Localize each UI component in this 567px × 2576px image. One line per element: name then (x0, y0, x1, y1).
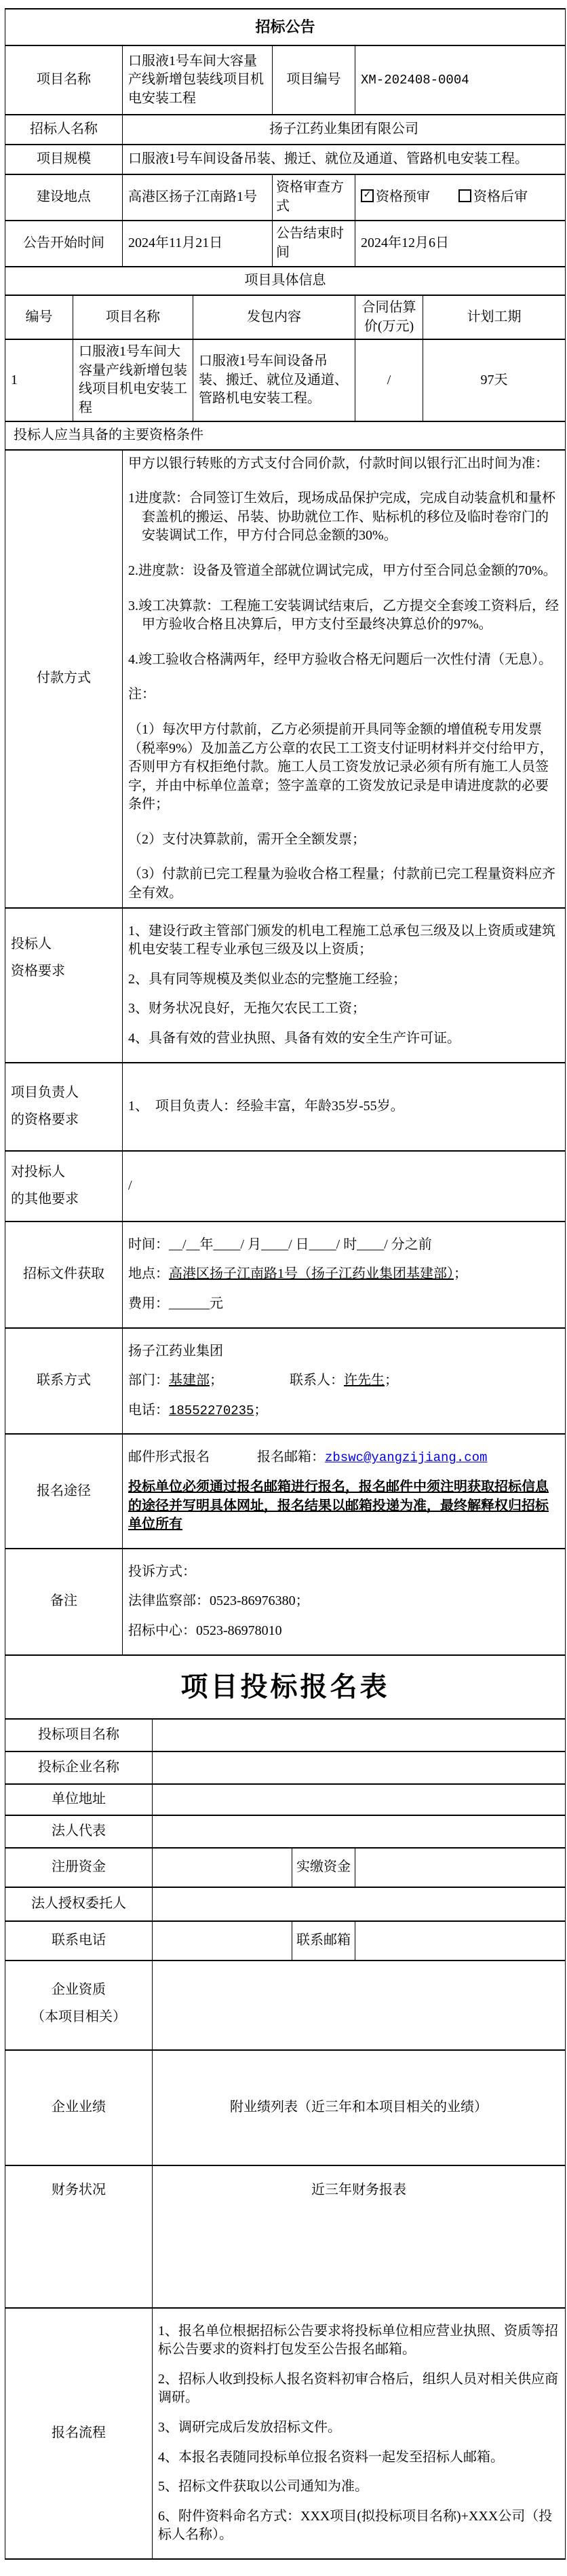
process-item: 5、招标文件获取以公司通知为准。 (158, 2478, 560, 2497)
contact-content: 扬子江药业集团 部门：基建部； 联系人：许先生； 电话：18552270235； (123, 1328, 566, 1435)
payment-paragraph: 注： (128, 685, 560, 704)
signup-content: 邮件形式报名 报名邮箱：zbswc@yangzijiang.com 投标单位必须… (123, 1434, 566, 1548)
announce-start-label: 公告开始时间 (5, 221, 123, 267)
doc-access-time-line: 时间：__/__年____/ 月____/ 日____/ 时____/ 分之前 (128, 1236, 560, 1255)
authorized-agent-label: 法人授权委托人 (5, 1887, 153, 1921)
tender-announcement-table: 招标公告 项目名称 口服液1号车间大容量产线新增包装线项目机电安装工程 项目编号… (5, 8, 566, 1656)
remark-content: 投诉方式： 法律监察部：0523-86976380； 招标中心：0523-869… (123, 1549, 566, 1655)
tender-document: 招标公告 项目名称 口服液1号车间大容量产线新增包装线项目机电安装工程 项目编号… (5, 8, 565, 2560)
contact-phone-value: 18552270235 (169, 1403, 254, 1418)
doc-access-fee-line: 费用：______元 (128, 1295, 560, 1314)
reg-capital-label: 注册资金 (5, 1848, 153, 1887)
bidder-qualification-label-line2: 资格要求 (11, 962, 117, 981)
pm-qualification-value: 1、 项目负责人：经验丰富，年龄35岁-55岁。 (123, 1063, 566, 1151)
address-value[interactable] (153, 1784, 566, 1815)
performance-row: 企业业绩 附业绩列表（近三年和本项目相关的业绩） (5, 2050, 566, 2165)
prequalification-checked-checkbox-icon[interactable]: ✓ (361, 189, 374, 202)
col-header-duration: 计划工期 (423, 295, 566, 339)
remark-line: 法律监察部：0523-86976380； (128, 1592, 560, 1611)
doc-access-row: 招标文件获取 时间：__/__年____/ 月____/ 日____/ 时___… (5, 1221, 566, 1328)
bid-registration-form-table: 项目投标报名表 投标项目名称 投标企业名称 单位地址 法人代表 注册资金 实缴资… (5, 1654, 566, 2560)
bid-company-row: 投标企业名称 (5, 1751, 566, 1784)
pm-qualification-label: 项目负责人 的资格要求 (5, 1063, 123, 1151)
project-name-label: 项目名称 (5, 45, 123, 115)
payment-paragraph: （3）付款前已完工程量为验收合格工程量；付款前已完工程量资料应齐全有效。 (128, 865, 560, 903)
bidder-note: 投标人应当具备的主要资格条件 (5, 421, 566, 450)
bid-project-value[interactable] (153, 1719, 566, 1751)
announce-start-value: 2024年11月21日 (123, 221, 273, 267)
payment-paragraph: （2）支付决算款前，需开全全额发票； (128, 831, 560, 850)
project-name-row: 项目名称 口服液1号车间大容量产线新增包装线项目机电安装工程 项目编号 XM-2… (5, 45, 566, 115)
remark-line: 投诉方式： (128, 1563, 560, 1582)
form-title: 项目投标报名表 (5, 1655, 566, 1719)
payment-paragraph: 1进度款：合同签订生效后，现场成品保护完成，完成自动装盒机和量杯套盖机的搬运、吊… (128, 489, 560, 546)
details-header-row: 项目具体信息 (5, 267, 566, 295)
contact-phone-prefix: 电话： (128, 1403, 169, 1418)
paid-capital-value[interactable] (355, 1848, 566, 1887)
payment-paragraph: （1）每次甲方付款前，乙方必须提前开具同等金额的增值税专用发票（税率9%）及加盖… (128, 721, 560, 814)
payment-row: 付款方式 甲方以银行转账的方式支付合同价款，付款时间以银行汇出时间为准： 1进度… (5, 450, 566, 908)
payment-paragraph: 4.竣工验收合格满两年，经甲方验收合格无问题后一次性付清（无息）。 (128, 651, 560, 670)
signup-email-prefix: 报名邮箱： (257, 1450, 325, 1464)
bidder-qualification-label: 投标人 资格要求 (5, 908, 123, 1063)
company-qualification-label-line1: 企业资质 (11, 1981, 146, 2000)
bid-project-label: 投标项目名称 (5, 1719, 153, 1751)
scale-row: 项目规模 口服液1号车间设备吊装、搬迁、就位及通道、管路机电安装工程。 (5, 145, 566, 174)
scale-value: 口服液1号车间设备吊装、搬迁、就位及通道、管路机电安装工程。 (123, 145, 566, 174)
payment-paragraph: 2.进度款：设备及管道全部就位调试完成，甲方付至合同总金额的70%。 (128, 562, 560, 581)
bid-company-value[interactable] (153, 1751, 566, 1784)
process-item: 1、报名单位根据招标公告要求将投标单位相应营业执照、资质等招标公告要求的资料打包… (158, 2322, 560, 2360)
payment-paragraph: 甲方以银行转账的方式支付合同价款，付款时间以银行汇出时间为准： (128, 455, 560, 474)
other-requirements-value: / (123, 1151, 566, 1221)
col-header-content: 发包内容 (193, 295, 355, 339)
doc-access-place-suffix: ； (454, 1266, 467, 1281)
row1-price: / (355, 339, 423, 421)
authorized-agent-value[interactable] (153, 1887, 566, 1921)
pm-qualification-row: 项目负责人 的资格要求 1、 项目负责人：经验丰富，年龄35岁-55岁。 (5, 1063, 566, 1151)
qualification-item: 4、具备有效的营业执照、具备有效的安全生产许可证。 (128, 1029, 560, 1048)
project-no-label: 项目编号 (273, 45, 355, 115)
signup-method: 邮件形式报名 (128, 1450, 210, 1464)
email-value[interactable] (355, 1921, 566, 1961)
signup-notice: 投标单位必须通过报名邮箱进行报名，报名邮件中须注明获取招标信息的途径并写明具体网… (128, 1478, 560, 1534)
contact-phone-suffix: ； (254, 1403, 267, 1418)
location-label: 建设地点 (5, 174, 123, 221)
signup-row: 报名途径 邮件形式报名 报名邮箱：zbswc@yangzijiang.com 投… (5, 1434, 566, 1548)
qualification-item: 1、建设行政主管部门颁发的机电工程施工总承包三级及以上资质或建筑机电安装工程专业… (128, 922, 560, 960)
scale-label: 项目规模 (5, 145, 123, 174)
contact-row: 联系方式 扬子江药业集团 部门：基建部； 联系人：许先生； 电话：1855227… (5, 1328, 566, 1435)
payment-paragraph: 3.竣工决算款：工程施工安装调试结束后，乙方提交全套竣工资料后，经甲方验收合格且… (128, 597, 560, 634)
payment-label: 付款方式 (5, 450, 123, 908)
row1-name: 口服液1号车间大容量产线新增包装线项目机电安装工程 (73, 339, 193, 421)
phone-value[interactable] (153, 1921, 292, 1961)
qualification-item: 2、具有同等规模及类似业态的完整施工经验； (128, 970, 560, 989)
paid-capital-label: 实缴资金 (292, 1848, 355, 1887)
address-row: 单位地址 (5, 1784, 566, 1815)
project-no-value: XM-202408-0004 (355, 45, 566, 115)
bid-project-row: 投标项目名称 (5, 1719, 566, 1751)
company-qualification-row: 企业资质 （本项目相关） (5, 1961, 566, 2050)
other-requirements-label: 对投标人 的其他要求 (5, 1151, 123, 1221)
form-title-row: 项目投标报名表 (5, 1655, 566, 1719)
location-row: 建设地点 高港区扬子江南路1号 资格审查方式 ✓资格预审资格后审 (5, 174, 566, 221)
other-requirements-label-line1: 对投标人 (11, 1163, 117, 1182)
pm-qualification-label-line2: 的资格要求 (11, 1111, 117, 1130)
doc-access-content: 时间：__/__年____/ 月____/ 日____/ 时____/ 分之前 … (123, 1221, 566, 1328)
reg-capital-value[interactable] (153, 1848, 292, 1887)
signup-label: 报名途径 (5, 1434, 123, 1548)
details-table-header-row: 编号 项目名称 发包内容 合同估算价(万元) 计划工期 (5, 295, 566, 339)
announce-end-label: 公告结束时间 (273, 221, 355, 267)
pm-qualification-label-line1: 项目负责人 (11, 1084, 117, 1103)
finance-value: 近三年财务报表 (153, 2165, 566, 2308)
process-content: 1、报名单位根据招标公告要求将投标单位相应营业执照、资质等招标公告要求的资料打包… (153, 2308, 566, 2559)
prequalification-label: 资格预审 (376, 189, 430, 204)
finance-row: 财务状况 近三年财务报表 (5, 2165, 566, 2308)
signup-method-line: 邮件形式报名 报名邮箱：zbswc@yangzijiang.com (128, 1448, 560, 1467)
qualification-method-label: 资格审查方式 (273, 174, 355, 221)
process-item: 6、附件资料命名方式：XXX项目(拟投标项目名称)+XXX公司（投标人名称）。 (158, 2507, 560, 2545)
location-value: 高港区扬子江南路1号 (123, 174, 273, 221)
contact-dept-prefix: 部门： (128, 1373, 169, 1388)
remark-row: 备注 投诉方式： 法律监察部：0523-86976380； 招标中心：0523-… (5, 1549, 566, 1655)
company-qualification-value[interactable] (153, 1961, 566, 2050)
doc-access-label: 招标文件获取 (5, 1221, 123, 1328)
legal-rep-row: 法人代表 (5, 1815, 566, 1848)
process-item: 4、本报名表随同投标单位报名资料一起发至招标人邮箱。 (158, 2448, 560, 2467)
phone-email-row: 联系电话 联系邮箱 (5, 1921, 566, 1961)
col-header-name: 项目名称 (73, 295, 193, 339)
contact-dept-suffix: ； (210, 1373, 223, 1388)
process-row: 报名流程 1、报名单位根据招标公告要求将投标单位相应营业执照、资质等招标公告要求… (5, 2308, 566, 2559)
tenderer-value: 扬子江药业集团有限公司 (123, 115, 566, 145)
doc-access-place-line: 地点：高港区扬子江南路1号（扬子江药业集团基建部）； (128, 1265, 560, 1284)
details-data-row: 1 口服液1号车间大容量产线新增包装线项目机电安装工程 口服液1号车间设备吊装、… (5, 339, 566, 421)
contact-person-value: 许先生 (344, 1373, 385, 1388)
contact-person-suffix: ； (385, 1373, 398, 1388)
doc-access-place-prefix: 地点： (128, 1266, 169, 1281)
announcement-title-row: 招标公告 (5, 9, 566, 45)
contact-label: 联系方式 (5, 1328, 123, 1435)
contact-dept-value: 基建部 (169, 1373, 210, 1388)
performance-label: 企业业绩 (5, 2050, 153, 2165)
postqualification-unchecked-checkbox-icon[interactable] (458, 189, 471, 202)
contact-person-prefix: 联系人： (290, 1373, 344, 1388)
email-label: 联系邮箱 (292, 1921, 355, 1961)
announcement-title: 招标公告 (5, 9, 566, 45)
postqualification-label: 资格后审 (473, 189, 528, 204)
bidder-qualification-label-line1: 投标人 (11, 935, 117, 954)
tenderer-row: 招标人名称 扬子江药业集团有限公司 (5, 115, 566, 145)
legal-rep-value[interactable] (153, 1815, 566, 1848)
legal-rep-label: 法人代表 (5, 1815, 153, 1848)
bidder-note-row: 投标人应当具备的主要资格条件 (5, 421, 566, 450)
capital-row: 注册资金 实缴资金 (5, 1848, 566, 1887)
signup-email-link[interactable]: zbswc@yangzijiang.com (325, 1450, 487, 1465)
finance-label: 财务状况 (5, 2165, 153, 2308)
qualification-method-value: ✓资格预审资格后审 (355, 174, 566, 221)
announce-end-value: 2024年12月6日 (355, 221, 566, 267)
project-name-value: 口服液1号车间大容量产线新增包装线项目机电安装工程 (123, 45, 273, 115)
process-label: 报名流程 (5, 2308, 153, 2559)
contact-company: 扬子江药业集团 (128, 1342, 560, 1361)
tenderer-label: 招标人名称 (5, 115, 123, 145)
qualification-item: 3、财务状况良好，无拖欠农民工工资； (128, 1000, 560, 1019)
process-item: 2、招标人收到投标人报名资料初审合格后，组织人员对相关供应商调研。 (158, 2370, 560, 2408)
authorized-agent-row: 法人授权委托人 (5, 1887, 566, 1921)
payment-content: 甲方以银行转账的方式支付合同价款，付款时间以银行汇出时间为准： 1进度款：合同签… (123, 450, 566, 908)
remark-label: 备注 (5, 1549, 123, 1655)
company-qualification-label-line2: （本项目相关） (11, 2008, 146, 2027)
bid-company-label: 投标企业名称 (5, 1751, 153, 1784)
process-item: 3、调研完成后发放招标文件。 (158, 2419, 560, 2438)
other-requirements-label-line2: 的其他要求 (11, 1190, 117, 1209)
details-header: 项目具体信息 (5, 267, 566, 295)
col-header-no: 编号 (5, 295, 73, 339)
address-label: 单位地址 (5, 1784, 153, 1815)
remark-line: 招标中心：0523-86978010 (128, 1622, 560, 1641)
col-header-price: 合同估算价(万元) (355, 295, 423, 339)
doc-access-place-value: 高港区扬子江南路1号（扬子江药业集团基建部） (169, 1266, 454, 1281)
bidder-qualification-content: 1、建设行政主管部门颁发的机电工程施工总承包三级及以上资质或建筑机电安装工程专业… (123, 908, 566, 1063)
row1-no: 1 (5, 339, 73, 421)
other-requirements-row: 对投标人 的其他要求 / (5, 1151, 566, 1221)
company-qualification-label: 企业资质 （本项目相关） (5, 1961, 153, 2050)
contact-dept-line: 部门：基建部； 联系人：许先生； (128, 1371, 560, 1390)
phone-label: 联系电话 (5, 1921, 153, 1961)
row1-content: 口服液1号车间设备吊装、搬迁、就位及通道、管路机电安装工程。 (193, 339, 355, 421)
performance-value: 附业绩列表（近三年和本项目相关的业绩） (153, 2050, 566, 2165)
announce-time-row: 公告开始时间 2024年11月21日 公告结束时间 2024年12月6日 (5, 221, 566, 267)
bidder-qualification-row: 投标人 资格要求 1、建设行政主管部门颁发的机电工程施工总承包三级及以上资质或建… (5, 908, 566, 1063)
row1-duration: 97天 (423, 339, 566, 421)
contact-phone-line: 电话：18552270235； (128, 1401, 560, 1420)
